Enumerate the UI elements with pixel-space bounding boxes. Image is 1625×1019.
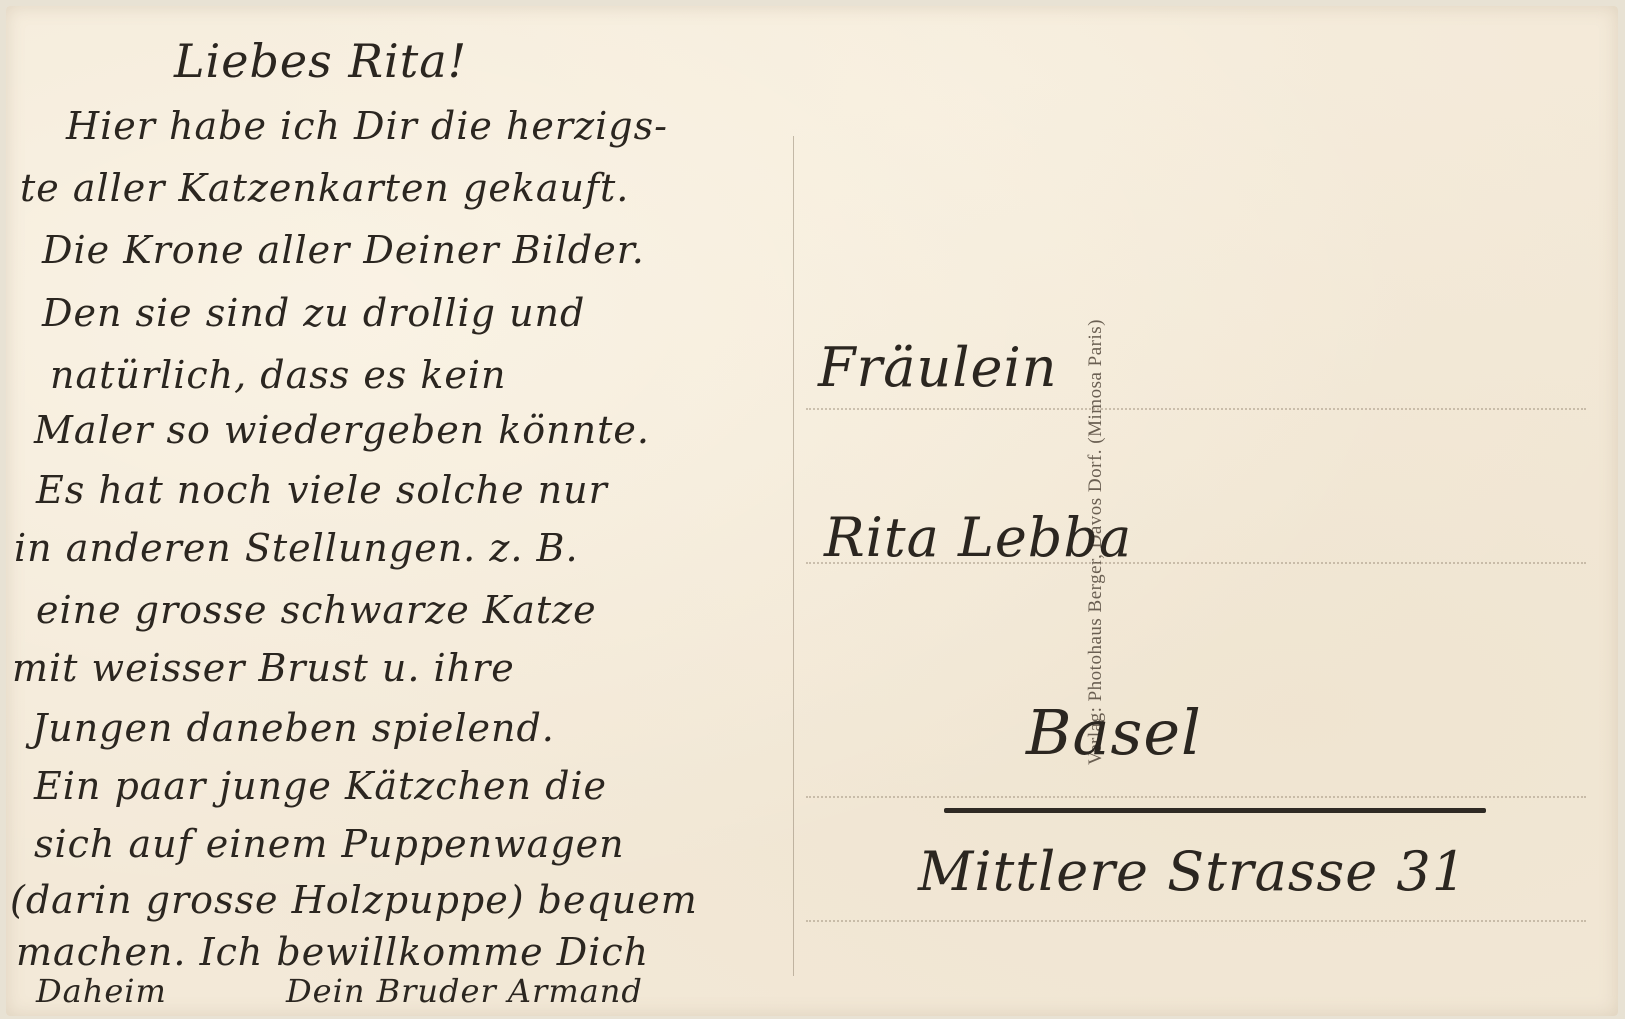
address-city: Basel	[1026, 696, 1202, 769]
message-line: eine grosse schwarze Katze	[36, 588, 597, 632]
message-line: Hier habe ich Dir die herzigs-	[66, 104, 668, 148]
message-line: Die Krone aller Deiner Bilder.	[42, 228, 645, 272]
postcard-back: Liebes Rita! Hier habe ich Dir die herzi…	[6, 6, 1618, 1016]
closing-daheim: Daheim	[36, 972, 167, 1010]
message-line: in anderen Stellungen. z. B.	[14, 526, 579, 570]
city-underline	[944, 808, 1486, 813]
message-line: te aller Katzenkarten gekauft.	[20, 166, 629, 210]
message-line: sich auf einem Puppenwagen	[34, 822, 625, 866]
message-line: machen. Ich bewillkomme Dich	[16, 930, 649, 974]
address-street: Mittlere Strasse 31	[918, 840, 1467, 903]
message-line: Es hat noch viele solche nur	[36, 468, 608, 512]
address-dotted-line	[806, 920, 1586, 922]
message-line: Jungen daneben spielend.	[32, 706, 555, 750]
center-divider	[793, 136, 794, 976]
message-line: mit weisser Brust u. ihre	[12, 646, 515, 690]
signature: Dein Bruder Armand	[286, 972, 643, 1010]
address-dotted-line	[806, 796, 1586, 798]
message-line: (darin grosse Holzpuppe) bequem	[10, 878, 698, 922]
message-line: Maler so wiedergeben könnte.	[34, 408, 650, 452]
address-dotted-line	[806, 562, 1586, 564]
address-name: Rita Lebba	[824, 506, 1132, 569]
message-line: Den sie sind zu drollig und	[42, 291, 585, 335]
address-dotted-line	[806, 408, 1586, 410]
message-line: Ein paar junge Kätzchen die	[34, 764, 607, 808]
address-salutation: Fräulein	[818, 336, 1058, 399]
message-line: natürlich, dass es kein	[50, 353, 507, 397]
greeting: Liebes Rita!	[174, 34, 467, 88]
